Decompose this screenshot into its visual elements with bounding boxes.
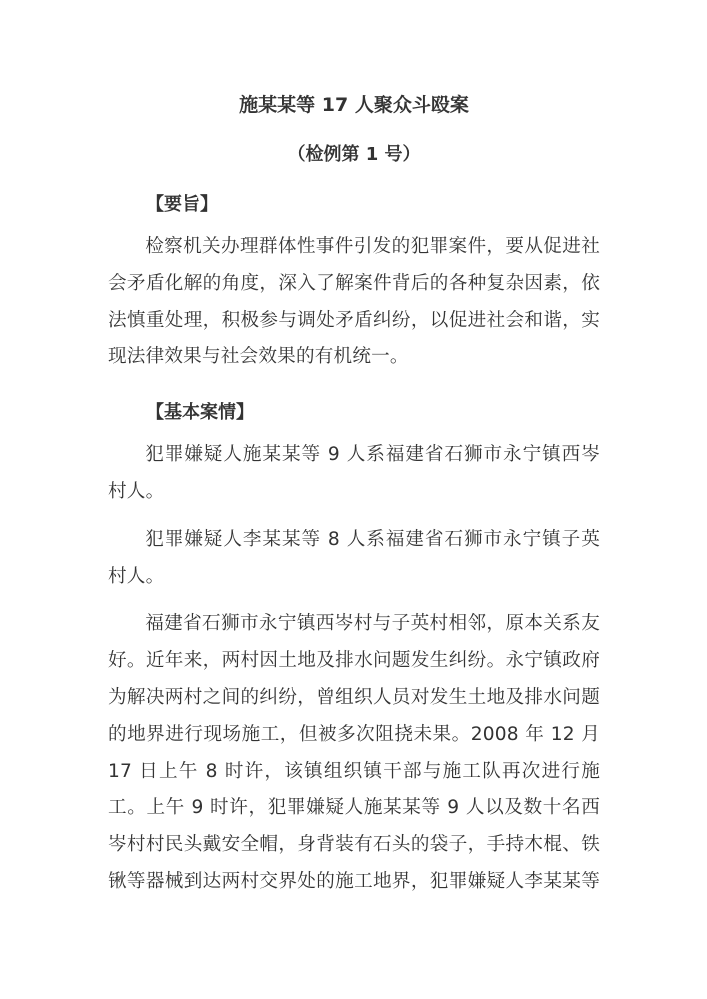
paragraph-suspects-ziying: 犯罪嫌疑人李某某等 8 人系福建省石狮市永宁镇子英村人。	[108, 522, 600, 596]
paragraph-suspects-xicen: 犯罪嫌疑人施某某等 9 人系福建省石狮市永宁镇西岑村人。	[108, 437, 600, 511]
section-heading-basic-facts: 【基本案情】	[108, 400, 600, 426]
paragraph-gist: 检察机关办理群体性事件引发的犯罪案件，要从促进社会矛盾化解的角度，深入了解案件背…	[108, 229, 600, 376]
document-page: 施某某等 17 人聚众斗殴案 （检例第 1 号） 【要旨】 检察机关办理群体性事…	[0, 0, 707, 999]
document-title: 施某某等 17 人聚众斗殴案	[108, 92, 600, 118]
section-heading-gist: 【要旨】	[108, 192, 600, 218]
document-content: 施某某等 17 人聚众斗殴案 （检例第 1 号） 【要旨】 检察机关办理群体性事…	[108, 92, 600, 904]
document-subtitle: （检例第 1 号）	[108, 142, 600, 168]
page-viewport: 施某某等 17 人聚众斗殴案 （检例第 1 号） 【要旨】 检察机关办理群体性事…	[108, 0, 600, 904]
paragraph-case-background: 福建省石狮市永宁镇西岑村与子英村相邻，原本关系友好。近年来，两村因土地及排水问题…	[108, 606, 600, 904]
